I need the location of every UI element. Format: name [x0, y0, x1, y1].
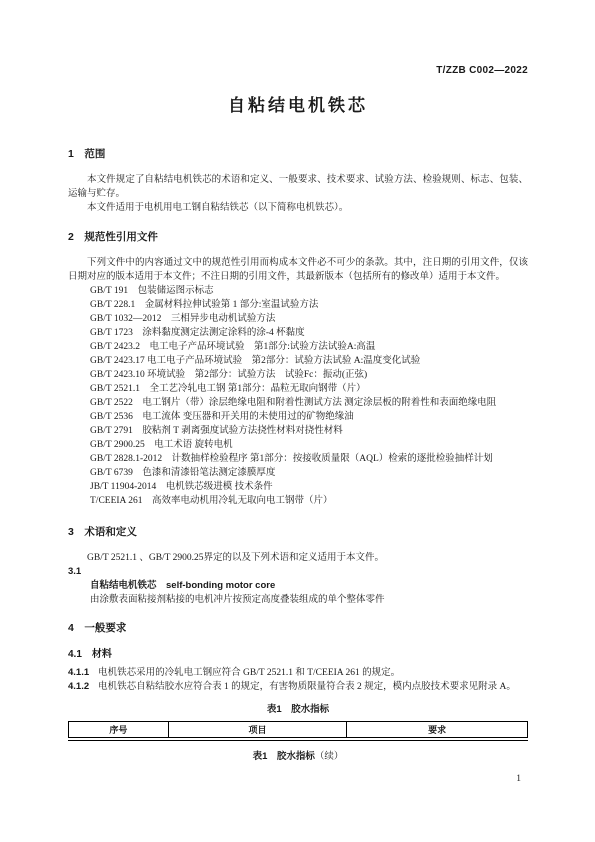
scope-paragraph-2: 本文件适用于电机用电工钢自粘结铁芯（以下简称电机铁芯）。 — [68, 201, 528, 215]
reference-item: GB/T 6739 色漆和清漆铅笔法测定漆膜厚度 — [68, 466, 528, 480]
clause-4-1-1-text: 电机铁芯采用的冷轧电工钢应符合 GB/T 2521.1 和 T/CEEIA 26… — [98, 668, 400, 678]
section-3-heading: 3 术语和定义 — [68, 526, 528, 539]
reference-item: GB/T 191 包装储运图示标志 — [68, 284, 528, 298]
reference-item: GB/T 228.1 金属材料拉伸试验第 1 部分:室温试验方法 — [68, 298, 528, 312]
page-number: 1 — [68, 773, 528, 786]
document-page: T/ZZB C002—2022 自粘结电机铁芯 1 范围 本文件规定了自粘结电机… — [0, 0, 595, 842]
clause-4-1-1-number: 4.1.1 — [68, 667, 89, 678]
reference-item: GB/T 2536 电工流体 变压器和开关用的未使用过的矿物绝缘油 — [68, 410, 528, 424]
reference-item: GB/T 2521.1 全工艺冷轧电工钢 第1部分：晶粒无取向钢带（片） — [68, 382, 528, 396]
table1-col-seq: 序号 — [69, 722, 169, 738]
reference-item: T/CEEIA 261 高效率电动机用冷轧无取向电工钢带（片） — [68, 494, 528, 508]
clause-4-1-2: 4.1.2电机铁芯自粘结胶水应符合表 1 的规定，有害物质限量符合表 2 规定，… — [68, 680, 528, 694]
table1-col-item: 项目 — [168, 722, 347, 738]
term-name: 自粘结电机铁芯 self-bonding motor core — [68, 579, 528, 593]
section-2-heading: 2 规范性引用文件 — [68, 231, 528, 244]
table1-continued-caption-label: 表1 胶水指标 — [253, 751, 315, 762]
table1-header-row: 序号 项目 要求 — [69, 722, 528, 738]
reference-item: GB/T 2828.1-2012 计数抽样检验程序 第1部分：按接收质量限（AQ… — [68, 452, 528, 466]
reference-item: GB/T 2900.25 电工术语 旋转电机 — [68, 438, 528, 452]
table1-continued-caption: 表1 胶水指标（续） — [68, 750, 528, 764]
reference-item: GB/T 2423.10 环境试验 第2部分：试验方法 试验Fc：振动(正弦) — [68, 368, 528, 382]
reference-item: GB/T 2522 电工钢片（带）涂层绝缘电阻和附着性测试方法 测定涂层板的附着… — [68, 396, 528, 410]
scope-paragraph-1: 本文件规定了自粘结电机铁芯的术语和定义、一般要求、技术要求、试验方法、检验规则、… — [68, 173, 528, 201]
section-4-heading: 4 一般要求 — [68, 622, 528, 635]
table1-caption: 表1 胶水指标 — [68, 703, 528, 716]
clause-4-1-1: 4.1.1电机铁芯采用的冷轧电工钢应符合 GB/T 2521.1 和 T/CEE… — [68, 666, 528, 680]
normative-references-list: GB/T 191 包装储运图示标志 GB/T 228.1 金属材料拉伸试验第 1… — [68, 284, 528, 508]
reference-item: GB/T 1032—2012 三相异步电动机试验方法 — [68, 312, 528, 326]
doc-code: T/ZZB C002—2022 — [68, 65, 528, 77]
reference-item: GB/T 1723 涂料黏度测定法测定涂料的涂-4 杯黏度 — [68, 326, 528, 340]
reference-item: GB/T 2791 胶粘剂 T 剥离强度试验方法挠性材料对挠性材料 — [68, 424, 528, 438]
table1-col-requirement: 要求 — [347, 722, 528, 738]
reference-item: GB/T 2423.2 电工电子产品环境试验 第1部分:试验方法试验A:高温 — [68, 340, 528, 354]
reference-item: GB/T 2423.17 电工电子产品环境试验 第2部分：试验方法试验 A:温度… — [68, 354, 528, 368]
references-intro: 下列文件中的内容通过文中的规范性引用而构成本文件必不可少的条款。其中，注日期的引… — [68, 256, 528, 284]
doc-title: 自粘结电机铁芯 — [68, 95, 528, 117]
table1: 序号 项目 要求 — [68, 721, 528, 738]
reference-item: JB/T 11904-2014 电机铁芯级进模 技术条件 — [68, 480, 528, 494]
term-definition: 由涂敷表面粘接剂粘接的电机冲片按预定高度叠装组成的单个整体零件 — [68, 593, 528, 607]
clause-4-1-2-number: 4.1.2 — [68, 681, 89, 692]
section-4-1-heading: 4.1 材料 — [68, 648, 528, 661]
table1-continuation-rule — [68, 740, 528, 741]
terms-intro: GB/T 2521.1 、GB/T 2900.25界定的以及下列术语和定义适用于… — [68, 551, 528, 565]
clause-4-1-2-text: 电机铁芯自粘结胶水应符合表 1 的规定，有害物质限量符合表 2 规定，模内点胶技… — [98, 682, 516, 692]
section-1-heading: 1 范围 — [68, 148, 528, 161]
table1-continued-caption-suffix: （续） — [315, 752, 344, 762]
term-number: 3.1 — [68, 565, 528, 579]
